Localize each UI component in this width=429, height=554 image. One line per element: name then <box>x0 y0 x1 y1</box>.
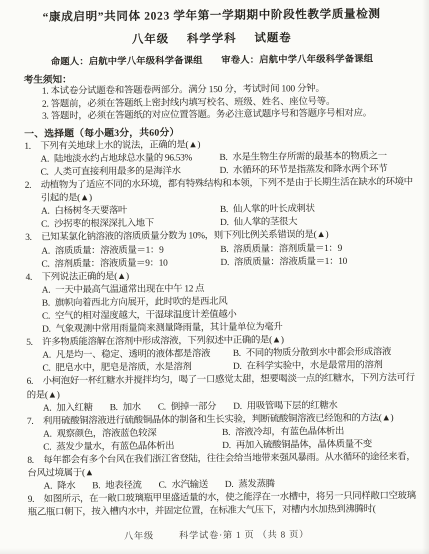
option-label: A. <box>44 482 53 492</box>
options: A.白杨树冬天要落叶B.仙人掌的叶长成刺状C.沙拐枣的根深深扎入地下D.仙人掌的… <box>25 202 422 232</box>
option-text: 用吸管喝下层的红糖水 <box>247 401 338 412</box>
option-label: C. <box>42 364 50 374</box>
option-text: 陆地淡水约占地球总水量的 96.53% <box>54 153 192 164</box>
question-block: 3.已知某氯化钠溶液的溶质质量分数为 10%，则下列比例关系错误的是(▲)A.溶… <box>25 229 422 272</box>
setter-line: 命题人：启航中学八年级科学备课组 审卷人：启航中学八年级科学备课组 <box>0 50 427 68</box>
option-text: 溶液冷却，有蓝色晶体析出 <box>235 427 344 438</box>
question-stem: 6.小柯泡好一杯红糖水并搅拌均匀，喝了一口感觉太甜，想要喝淡一点的红糖水，下列方… <box>27 373 424 403</box>
option-text: 人类可直接利用最多的是海洋水 <box>54 166 181 177</box>
question-block: 5.许多物质能溶解在溶剂中形成溶液，下列叙述中正确的是(▲)A.凡是均一、稳定、… <box>26 333 423 376</box>
question-number: 2. <box>25 180 41 193</box>
option-label: B. <box>110 403 118 413</box>
option-label: D. <box>220 166 229 176</box>
notice-list: 1. 本试卷分试题卷和答题卷两部分。满分 150 分，考试时间 100 分钟。2… <box>42 82 427 123</box>
option-label: A. <box>40 155 49 165</box>
option-label: D. <box>222 441 231 451</box>
option-text: 一天中最高气温通常出现在中午 12 点 <box>55 284 204 295</box>
footer-grade: 八年级 <box>124 531 154 541</box>
option-text: 凡是均一、稳定、透明的液体都是溶液 <box>56 349 210 360</box>
option-label: C. <box>158 402 166 412</box>
option-text: 水汽输送 <box>172 480 208 490</box>
option-text: 不同的物质分散到水中都会形成溶液 <box>246 348 391 359</box>
option-label: A. <box>42 351 51 361</box>
option-text: 空气的相对湿度越大，干湿球温度计差值越小 <box>55 310 237 322</box>
option-item: A.加入红糖 <box>43 402 93 416</box>
option-text: 水循环的环节是指蒸发和降水两个环节 <box>233 164 387 175</box>
option-label: C. <box>41 220 49 230</box>
page-footer: 八年级 科学试卷·第 1 页 （共 8 页） <box>2 525 429 543</box>
option-text: 水是生物生存所需的最基本的物质之一 <box>232 151 386 162</box>
question-number: 9. <box>28 494 44 507</box>
option-text: 加入红糖 <box>56 403 92 413</box>
option-text: 再加入硫酸铜晶体，晶体质量不变 <box>236 440 372 451</box>
options: A.一天中最高气温通常出现在中午 12 点B.旗帜向着西北方向展开，此时吹的是西… <box>26 281 423 337</box>
option-label: B. <box>220 205 228 215</box>
option-item: C.水汽输送 <box>159 479 208 493</box>
option-label: C. <box>41 259 49 269</box>
question-number: 7. <box>27 415 43 428</box>
option-label: B. <box>233 349 241 359</box>
option-text: 肥皂水中，肥皂是溶质，水是溶剂 <box>55 363 191 374</box>
option-text: 白杨树冬天要落叶 <box>54 206 127 217</box>
question-block: 9.如图所示，在一敞口玻璃瓶甲里盛适量的水，使之能浮在一水槽中，将另一只同样敞口… <box>28 490 425 520</box>
option-label: D. <box>220 218 229 228</box>
option-label: D. <box>225 480 234 490</box>
question-block: 7.利用硫酸铜溶液进行硫酸铜晶体的制备和生长实验，判断硫酸铜溶液已经饱和的方法(… <box>27 412 424 455</box>
option-item: C.倒掉一部分 <box>158 401 217 415</box>
option-label: D. <box>233 362 242 372</box>
notice-item: 3. 答题时，必须在答题纸的对应位置答题。务必注意试题序号和答题序号相对应。 <box>42 107 427 123</box>
question-list: 1.下列有关地球上水的说法，正确的是(▲)A.陆地淡水约占地球总水量的 96.5… <box>24 137 425 521</box>
option-item: B.加水 <box>110 401 141 414</box>
option-item: A.降水 <box>44 481 76 494</box>
option-label: B. <box>222 428 230 438</box>
scanned-sheet: “康成启明”共同体 2023 学年第一学期期中阶段性教学质量检测 八年级 科学学… <box>0 0 429 554</box>
question-number: 5. <box>26 337 42 350</box>
exam-paper-page: “康成启明”共同体 2023 学年第一学期期中阶段性教学质量检测 八年级 科学学… <box>0 0 429 554</box>
options: A.观察颜色，溶液蓝色较深B.溶液冷却，有蓝色晶体析出C.蒸发少量水，有蓝色晶体… <box>27 425 424 455</box>
option-label: B. <box>92 481 100 491</box>
option-label: A. <box>42 285 51 295</box>
option-text: 旗帜向着西北方向展开，此时吹的是西北风 <box>55 297 228 309</box>
option-text: 蒸发蒸腾 <box>238 480 274 490</box>
question-stem: 8.每年都会有多个台风在我们浙江省登陆，往往会给当地带来强风暴雨。从水循环的途径… <box>27 451 424 481</box>
question-number: 8. <box>27 455 43 468</box>
option-label: C. <box>42 312 50 322</box>
question-stem: 2.动植物为了适应不同的水环境，都有特殊结构和本领，下列不是由于长期生活在缺水的… <box>25 176 422 206</box>
paper-subtitle: 八年级 科学学科 试题卷 <box>0 28 426 48</box>
option-label: B. <box>42 299 50 309</box>
options: A.溶质质量：溶液质量＝1：9B.溶质质量：溶剂质量＝1：9C.溶剂质量：溶液质… <box>25 242 422 272</box>
option-item: D.仙人掌的茎很大 <box>220 215 422 230</box>
question-stem: 9.如图所示，在一敞口玻璃瓶甲里盛适量的水，使之能浮在一水槽中，将另一只同样敞口… <box>28 490 425 520</box>
option-item: D.溶质质量：溶液质量＝1：10 <box>220 255 422 270</box>
subject-label: 科学学科 <box>187 33 237 45</box>
option-label: A. <box>41 207 50 217</box>
option-text: 降水 <box>57 482 75 492</box>
option-text: 蒸发少量水，有蓝色晶体析出 <box>56 441 174 452</box>
grade-label: 八年级 <box>132 33 169 45</box>
question-block: 4.下列说法正确的是(▲)A.一天中最高气温通常出现在中午 12 点B.旗帜向着… <box>26 268 424 337</box>
option-text: 观察颜色，溶液蓝色较深 <box>57 428 157 439</box>
option-item: D.蒸发蒸腾 <box>225 479 275 493</box>
question-number: 1. <box>24 141 40 154</box>
option-text: 地表径流 <box>105 481 141 491</box>
option-item: B.地表径流 <box>92 480 141 494</box>
option-label: C. <box>159 481 167 491</box>
option-text: 倒掉一部分 <box>171 402 216 412</box>
question-number: 3. <box>25 232 41 245</box>
question-block: 6.小柯泡好一杯红糖水并搅拌均匀，喝了一口感觉太甜，想要喝淡一点的红糖水，下列方… <box>27 373 424 416</box>
option-item: C.溶剂质量：溶液质量＝9：10 <box>41 257 220 272</box>
option-label: A. <box>41 246 50 256</box>
options: A.陆地淡水约占地球总水量的 96.53%B.水是生物生存所需的最基本的物质之一… <box>24 150 421 180</box>
paper-type-label: 试题卷 <box>254 32 291 44</box>
option-label: C. <box>41 168 49 178</box>
question-number: 4. <box>26 271 42 284</box>
option-label: B. <box>220 244 228 254</box>
option-label: D. <box>220 258 229 268</box>
option-label: D. <box>42 325 51 335</box>
option-text: 气象观测中常用雨量筒来测量降雨量，其计量单位为毫升 <box>56 323 283 335</box>
option-text: 溶剂质量：溶液质量＝9：10 <box>54 258 167 269</box>
option-text: 溶质质量：溶剂质量＝1：9 <box>233 243 342 254</box>
option-text: 仙人掌的叶长成刺状 <box>233 204 315 215</box>
option-text: 沙拐枣的根深深扎入地下 <box>54 219 154 230</box>
option-label: B. <box>219 153 227 163</box>
option-item: D.用吸管喝下层的红糖水 <box>233 400 337 414</box>
question-block: 1.下列有关地球上水的说法，正确的是(▲)A.陆地淡水约占地球总水量的 96.5… <box>24 137 421 180</box>
option-label: C. <box>43 443 51 453</box>
question-number: 6. <box>27 376 43 389</box>
options: A.凡是均一、稳定、透明的液体都是溶液B.不同的物质分散到水中都会形成溶液C.肥… <box>26 346 423 376</box>
option-text: 溶质质量：溶液质量＝1：10 <box>234 256 347 267</box>
option-label: D. <box>233 401 242 411</box>
reviewer-label: 审卷人：启航中学八年级科学备课组 <box>221 55 373 66</box>
option-text: 在科学实验中，水是最常用的溶剂 <box>246 361 382 372</box>
option-label: A. <box>43 429 52 439</box>
option-text: 溶质质量：溶液质量＝1：9 <box>55 245 164 256</box>
proposer-label: 命题人：启航中学八年级科学备课组 <box>51 56 203 67</box>
option-text: 加水 <box>123 402 141 412</box>
question-block: 8.每年都会有多个台风在我们浙江省登陆，往往会给当地带来强风暴雨。从水循环的途径… <box>27 451 424 494</box>
option-label: A. <box>43 403 52 413</box>
option-text: 仙人掌的茎很大 <box>234 218 298 229</box>
question-block: 2.动植物为了适应不同的水环境，都有特殊结构和本领，下列不是由于长期生活在缺水的… <box>25 176 422 232</box>
page-title: “康成启明”共同体 2023 学年第一学期期中阶段性教学质量检测 <box>0 5 426 25</box>
footer-page-info: 科学试卷·第 1 页 （共 8 页） <box>179 529 309 540</box>
